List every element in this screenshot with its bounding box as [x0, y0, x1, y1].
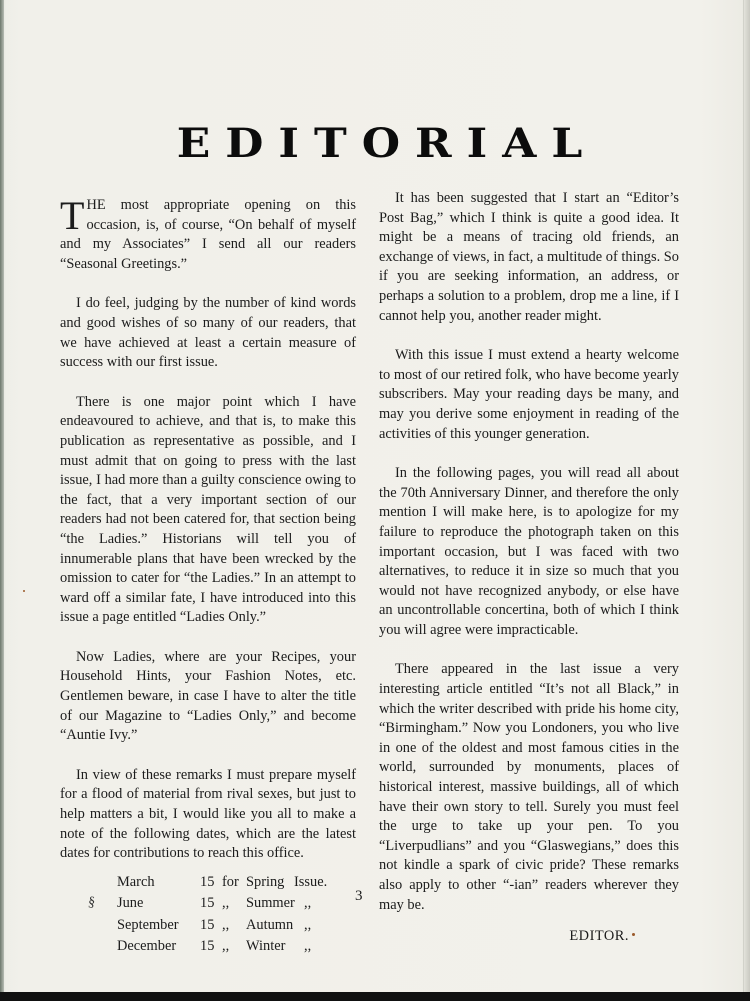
- opening-paragraph: THE most appropriate opening on this occ…: [60, 196, 356, 274]
- date-row: December 15 ,, Winter ,,: [117, 936, 356, 958]
- page-title: EDITORIAL: [0, 120, 750, 167]
- drop-cap: T: [60, 199, 84, 233]
- paper-speck: [23, 590, 25, 592]
- paragraph: It has been suggested that I start an “E…: [379, 189, 679, 326]
- date-row: June 15 ,, Summer ,,: [117, 893, 356, 915]
- editor-signature: EDITOR.: [379, 927, 679, 947]
- paragraph: With this issue I must extend a hearty w…: [379, 346, 679, 444]
- right-column: It has been suggested that I start an “E…: [379, 189, 679, 947]
- scan-bottom-border: [0, 992, 750, 1001]
- paper-speck: [632, 933, 635, 936]
- page-number: 3: [355, 888, 363, 905]
- contribution-dates-table: March 15 for Spring Issue. June 15 ,, Su…: [117, 872, 356, 958]
- paragraph: In view of these remarks I must prepare …: [60, 766, 356, 864]
- paragraph: In the following pages, you will read al…: [379, 464, 679, 640]
- paragraph: I do feel, judging by the number of kind…: [60, 294, 356, 372]
- left-column: THE most appropriate opening on this occ…: [60, 196, 356, 958]
- magazine-page: EDITORIAL THE most appropriate opening o…: [0, 0, 750, 992]
- paragraph: There is one major point which I have en…: [60, 393, 356, 628]
- date-row: September 15 ,, Autumn ,,: [117, 915, 356, 937]
- paragraph: Now Ladies, where are your Recipes, your…: [60, 648, 356, 746]
- date-row: March 15 for Spring Issue.: [117, 872, 356, 894]
- paragraph: There appeared in the last issue a very …: [379, 660, 679, 915]
